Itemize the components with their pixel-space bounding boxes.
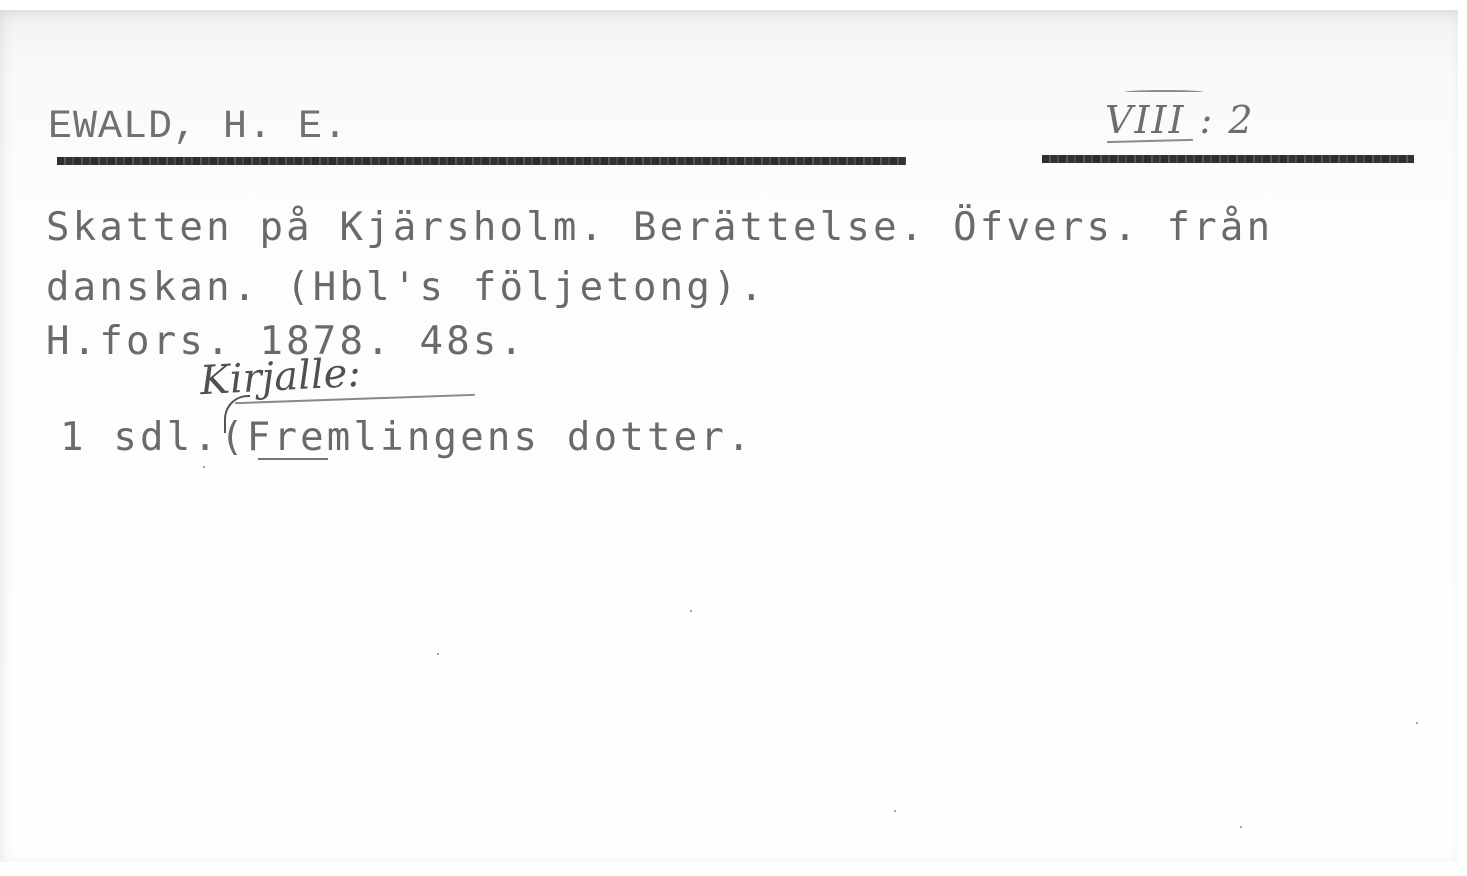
call-number-rule (1042, 155, 1414, 163)
heading-rule (57, 157, 906, 165)
handwritten-note: Kirjalle: (199, 350, 362, 404)
handwritten-underline (258, 458, 328, 460)
holding-line: 1 sdl.(Fremlingens dotter. (60, 418, 754, 457)
paper-speck (1240, 826, 1242, 828)
call-number: VIII : 2 (1105, 98, 1255, 142)
paper-speck (437, 653, 439, 655)
title-line: Skatten på Kjärsholm. Berättelse. Öfvers… (46, 208, 1273, 247)
author-heading: EWALD, H. E. (48, 108, 348, 148)
paper-speck (203, 466, 205, 468)
paper-speck (1416, 722, 1418, 724)
call-number-overline (1125, 90, 1203, 94)
paper-speck (690, 610, 692, 612)
paper-speck (894, 810, 896, 812)
translation-note-line: danskan. (Hbl's följetong). (46, 268, 766, 307)
